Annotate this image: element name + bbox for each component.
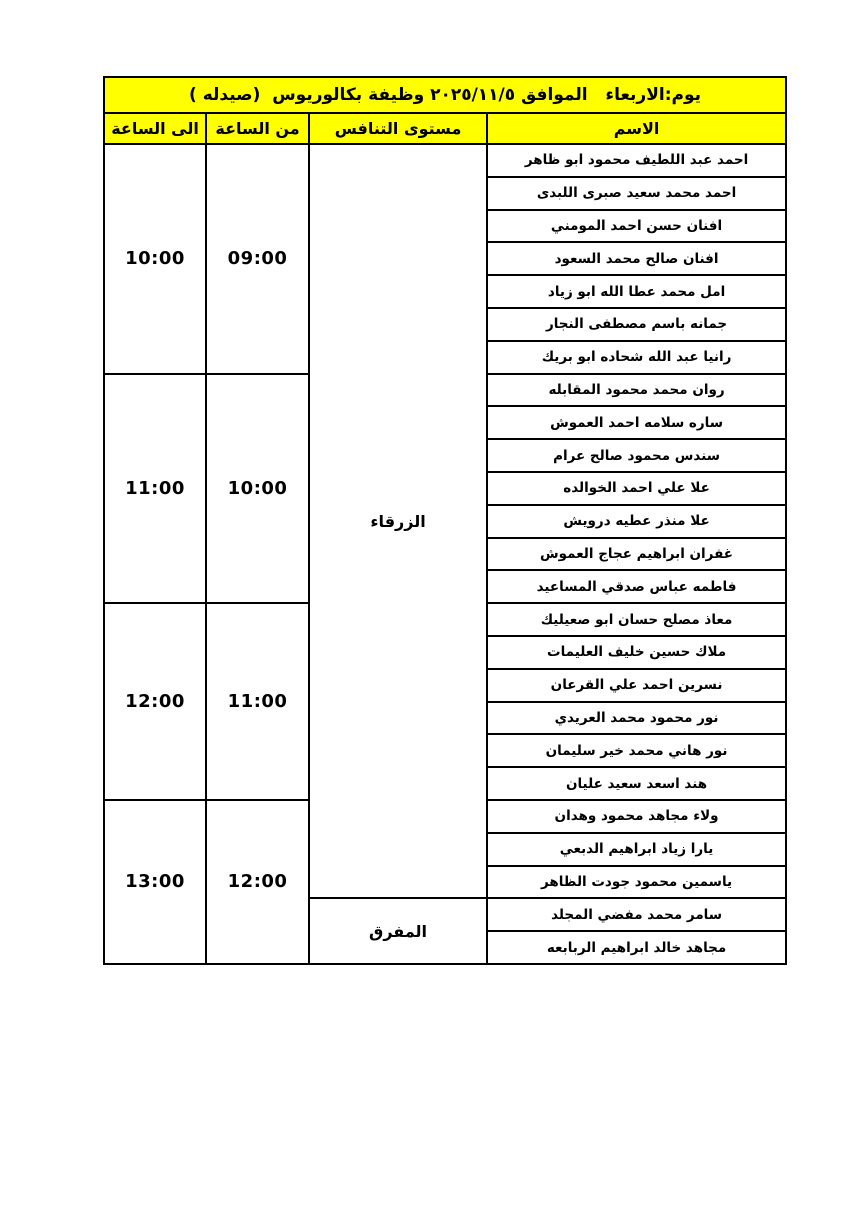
name-cell: روان محمد محمود المقابله — [487, 374, 786, 407]
name-cell: هند اسعد سعيد عليان — [487, 767, 786, 800]
name-cell: جمانه باسم مصطفى النجار — [487, 308, 786, 341]
name-cell: علا علي احمد الخوالده — [487, 472, 786, 505]
from-hour-cell: 11:00 — [206, 603, 309, 800]
name-cell: فاطمه عباس صدقي المساعيد — [487, 570, 786, 603]
document-title: يوم:الاربعاء الموافق ٢٠٢٥/١١/٥ وظيفة بكا… — [104, 77, 786, 113]
header-row: الاسم مستوى التنافس من الساعة الى الساعة — [104, 113, 786, 144]
level-cell: المفرق — [309, 898, 487, 964]
to-hour-cell: 12:00 — [104, 603, 206, 800]
from-hour-cell: 09:00 — [206, 144, 309, 374]
name-cell: مجاهد خالد ابراهيم الربابعه — [487, 931, 786, 964]
name-cell: احمد عبد اللطيف محمود ابو ظاهر — [487, 144, 786, 177]
name-cell: علا منذر عطيه درويش — [487, 505, 786, 538]
name-cell: ساره سلامه احمد العموش — [487, 406, 786, 439]
to-hour-cell: 10:00 — [104, 144, 206, 374]
name-cell: سامر محمد مفضي المجلد — [487, 898, 786, 931]
from-hour-cell: 10:00 — [206, 374, 309, 604]
name-cell: رانيا عبد الله شحاده ابو بريك — [487, 341, 786, 374]
from-hour-cell: 12:00 — [206, 800, 309, 964]
name-cell: احمد محمد سعيد صبرى اللبدى — [487, 177, 786, 210]
name-cell: نور محمود محمد العريدي — [487, 702, 786, 735]
name-cell: ياسمين محمود جودت الظاهر — [487, 866, 786, 899]
name-cell: يارا زياد ابراهيم الدبعي — [487, 833, 786, 866]
schedule-body: احمد عبد اللطيف محمود ابو ظاهرالزرقاء09:… — [104, 144, 786, 964]
name-cell: افنان صالح محمد السعود — [487, 242, 786, 275]
name-cell: سندس محمود صالح عرام — [487, 439, 786, 472]
name-cell: افنان حسن احمد المومني — [487, 210, 786, 243]
column-header-from-hour: من الساعة — [206, 113, 309, 144]
schedule-table: يوم:الاربعاء الموافق ٢٠٢٥/١١/٥ وظيفة بكا… — [103, 76, 787, 965]
level-cell: الزرقاء — [309, 144, 487, 898]
to-hour-cell: 11:00 — [104, 374, 206, 604]
column-header-name: الاسم — [487, 113, 786, 144]
column-header-level: مستوى التنافس — [309, 113, 487, 144]
name-cell: ولاء مجاهد محمود وهدان — [487, 800, 786, 833]
document-page: يوم:الاربعاء الموافق ٢٠٢٥/١١/٥ وظيفة بكا… — [0, 0, 850, 1210]
to-hour-cell: 13:00 — [104, 800, 206, 964]
name-cell: ملاك حسين خليف العليمات — [487, 636, 786, 669]
name-cell: امل محمد عطا الله ابو زياد — [487, 275, 786, 308]
name-cell: غفران ابراهيم عجاج العموش — [487, 538, 786, 571]
name-cell: نسرين احمد علي القرعان — [487, 669, 786, 702]
column-header-to-hour: الى الساعة — [104, 113, 206, 144]
name-cell: معاذ مصلح حسان ابو صعيليك — [487, 603, 786, 636]
title-row: يوم:الاربعاء الموافق ٢٠٢٥/١١/٥ وظيفة بكا… — [104, 77, 786, 113]
table-row: احمد عبد اللطيف محمود ابو ظاهرالزرقاء09:… — [104, 144, 786, 177]
name-cell: نور هاني محمد خير سليمان — [487, 734, 786, 767]
